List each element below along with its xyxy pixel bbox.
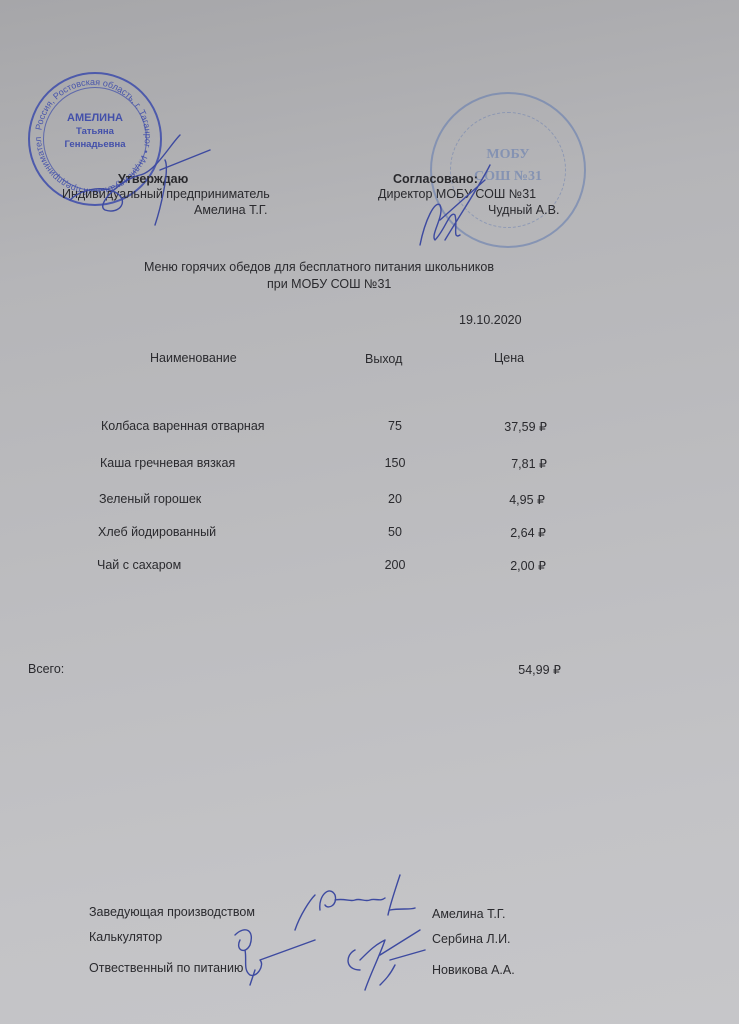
item-price: 4,95 ₽ [465, 492, 545, 507]
item-name: Чай с сахаром [97, 558, 181, 572]
item-qty: 75 [365, 419, 425, 433]
item-price: 37,59 ₽ [467, 419, 547, 434]
item-qty: 20 [365, 492, 425, 506]
signatory-role: Заведующая производством [89, 905, 255, 919]
menu-date: 19.10.2020 [459, 313, 522, 327]
signature-director [400, 160, 510, 260]
signatory-name: Новикова А.А. [432, 963, 515, 977]
signatory-name: Сербина Л.И. [432, 932, 511, 946]
header-name: Наименование [150, 351, 237, 365]
signatory-name: Амелина Т.Г. [432, 907, 506, 921]
menu-subtitle: при МОБУ СОШ №31 [267, 277, 391, 291]
signature-ip [60, 130, 220, 230]
item-qty: 150 [365, 456, 425, 470]
total-label: Всего: [28, 662, 64, 676]
signatory-role: Калькулятор [89, 930, 162, 944]
signature-calculator [225, 920, 325, 990]
header-qty: Выход [365, 352, 402, 366]
menu-title: Меню горячих обедов для бесплатного пита… [144, 260, 494, 274]
item-price: 2,00 ₽ [466, 558, 546, 573]
item-name: Каша гречневая вязкая [100, 456, 235, 470]
item-name: Колбаса варенная отварная [101, 419, 265, 433]
item-qty: 200 [365, 558, 425, 572]
signatory-role: Отвественный по питанию [89, 961, 243, 975]
header-price: Цена [494, 351, 524, 365]
item-price: 7,81 ₽ [467, 456, 547, 471]
signature-nutrition [340, 925, 430, 995]
item-name: Зеленый горошек [99, 492, 201, 506]
item-qty: 50 [365, 525, 425, 539]
item-name: Хлеб йодированный [98, 525, 216, 539]
total-value: 54,99 ₽ [481, 662, 561, 677]
item-price: 2,64 ₽ [466, 525, 546, 540]
